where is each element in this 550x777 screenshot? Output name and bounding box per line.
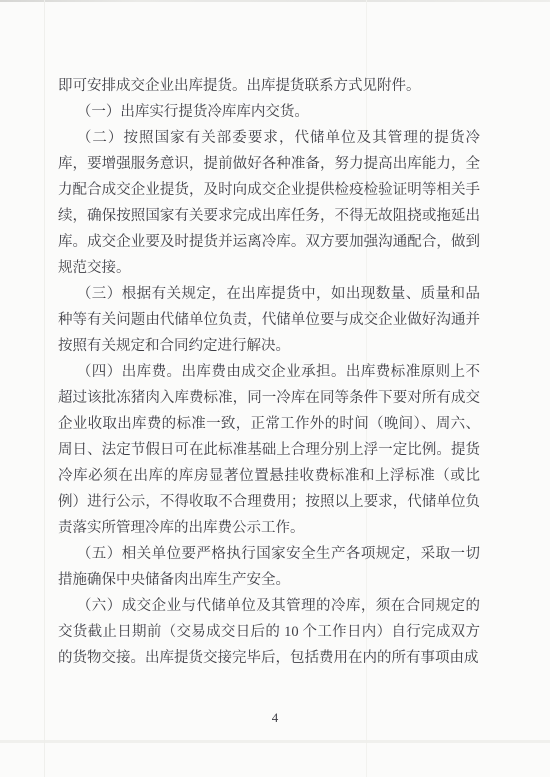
document-page: 即可安排成交企业出库提货。出库提货联系方式见附件。（一）出库实行提货冷库库内交货… [0,0,550,777]
paragraph: 即可安排成交企业出库提货。出库提货联系方式见附件。 [58,73,480,99]
paragraph: （四）出库费。出库费由成交企业承担。出库费标准原则上不超过该批冻猪肉入库费标准，… [58,359,480,541]
paragraph: （三）根据有关规定，在出库提货中，如出现数量、质量和品种等有关问题由代储单位负责… [58,281,480,359]
page-number: 4 [0,709,550,727]
scan-artifact-bottom-band [0,740,550,743]
paragraph: （二）按照国家有关部委要求，代储单位及其管理的提货冷库，要增强服务意识，提前做好… [58,125,480,281]
paragraph: （五）相关单位要严格执行国家安全生产各项规定，采取一切措施确保中央储备肉出库生产… [58,541,480,593]
scan-artifact-vertical-line-left [44,0,45,777]
scan-artifact-top-edge [0,0,550,2]
paragraph: （一）出库实行提货冷库库内交货。 [58,99,480,125]
document-body: 即可安排成交企业出库提货。出库提货联系方式见附件。（一）出库实行提货冷库库内交货… [58,73,480,671]
paragraph: （六）成交企业与代储单位及其管理的冷库，须在合同规定的交货截止日期前（交易成交日… [58,593,480,671]
